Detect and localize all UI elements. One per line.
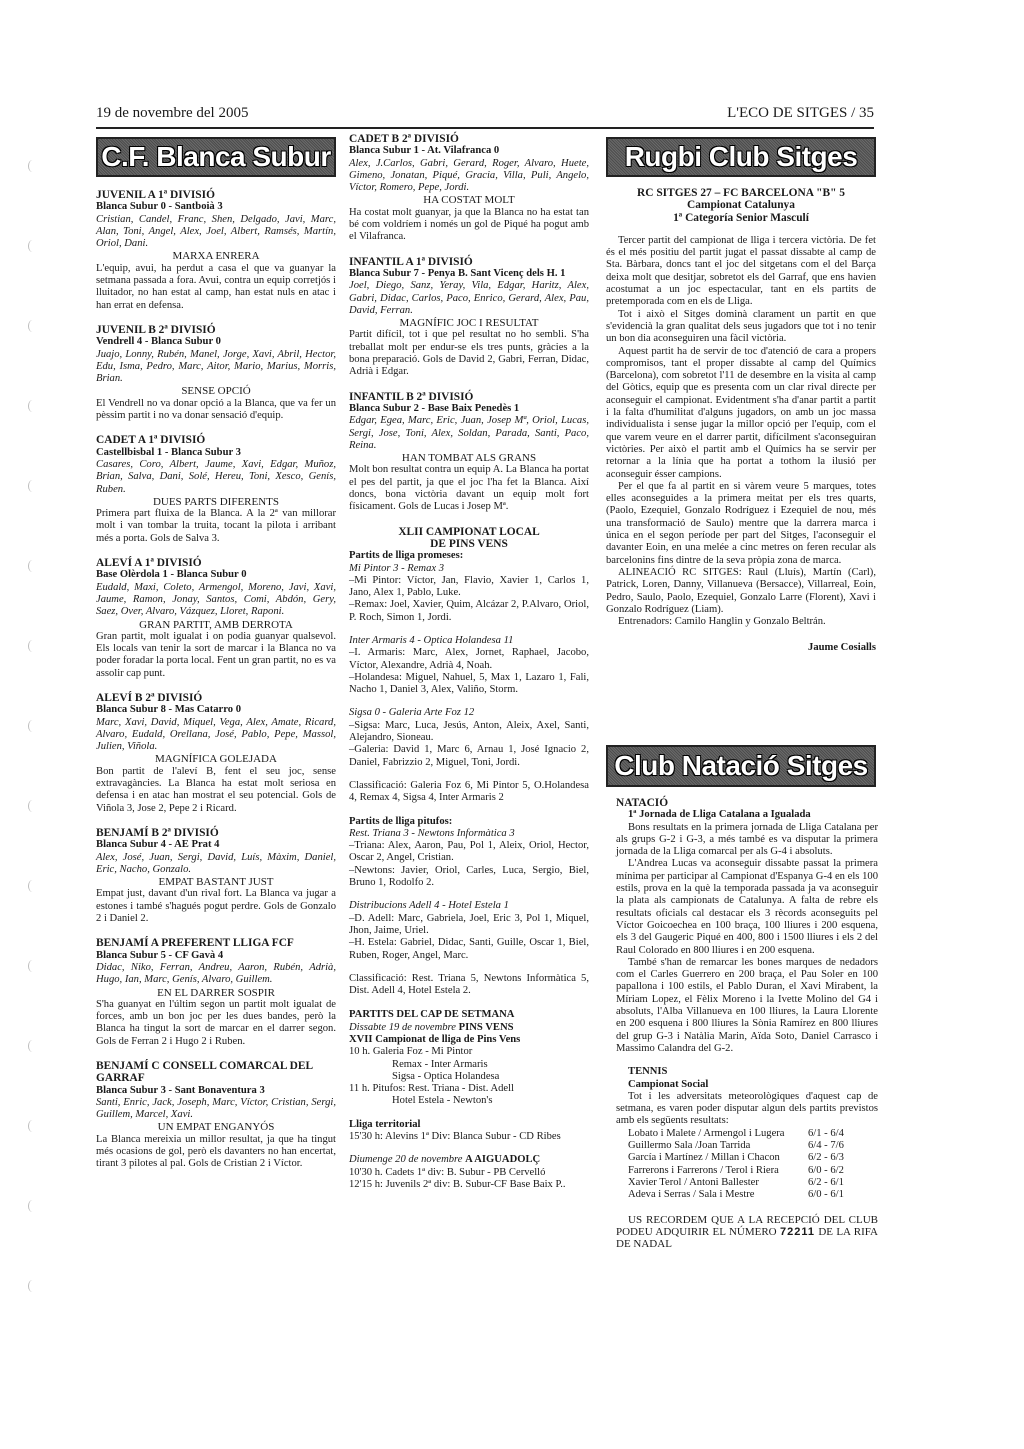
- report-body: L'equip, avui, ha perdut a casa el que v…: [96, 263, 336, 312]
- lineup-line: –Holandesa: Miguel, Nahuel, 5, Max 1, La…: [349, 672, 589, 697]
- sunday-place: A AIGUADOLÇ: [465, 1154, 540, 1165]
- natacio-subtitle: 1ª Jornada de Lliga Catalana a Igualada: [616, 809, 878, 821]
- schedule-line: 10 h. Galeria Foz - Mi Pintor: [349, 1046, 589, 1058]
- rugbi-paragraph: Tot i això el Sitges dominà clarament un…: [606, 309, 876, 346]
- rugbi-paragraph: Tercer partit del campionat de lliga i t…: [606, 235, 876, 309]
- player-list: Alex, J.Carlos, Gabri, Gerard, Roger, Al…: [349, 158, 589, 195]
- tennis-result-row: Lobato i Malete / Armengol i Lugera6/1 -…: [616, 1128, 878, 1140]
- player-list: Edgar, Egea, Marc, Eric, Juan, Josep Mª,…: [349, 415, 589, 452]
- natacio-paragraph: Bons resultats en la primera jornada de …: [616, 822, 878, 859]
- report-body: Ha costat molt guanyar, ja que la Blanca…: [349, 207, 589, 244]
- player-list: Juajo, Lonny, Rubén, Manel, Jorge, Xavi,…: [96, 349, 336, 386]
- promeses-label: Partits de lliga promeses:: [349, 550, 589, 562]
- schedule-line: Sigsa - Optica Holandesa: [349, 1071, 589, 1083]
- lineup-line: –Galeria: David 1, Marc 6, Arnau 1, José…: [349, 744, 589, 769]
- report-headline: MARXA ENRERA: [96, 250, 336, 262]
- natacio-paragraph: L'Andrea Lucas va aconseguir dissabte pa…: [616, 858, 878, 956]
- category-title: ALEVÍ A 1ª DIVISIÓ: [96, 557, 336, 569]
- category-title: JUVENIL B 2ª DIVISIÓ: [96, 324, 336, 336]
- raffle-notice: US RECORDEM QUE A LA RECEPCIÓ DEL CLUB P…: [616, 1214, 878, 1251]
- column-rugbi: Rugbi Club Sitges RC SITGES 27 – FC BARC…: [606, 137, 876, 655]
- category-title: JUVENIL A 1ª DIVISIÓ: [96, 189, 336, 201]
- match-line: Sigsa 0 - Galeria Arte Foz 12: [349, 707, 589, 719]
- match-report: JUVENIL A 1ª DIVISIÓ Blanca Subur 0 - Sa…: [96, 189, 336, 312]
- match-report: INFANTIL B 2ª DIVISIÓ Blanca Subur 2 - B…: [349, 391, 589, 514]
- category-title: ALEVÍ B 2ª DIVISIÓ: [96, 692, 336, 704]
- rugbi-match: RC SITGES 27 – FC BARCELONA "B" 5: [606, 187, 876, 199]
- player-list: Casares, Coro, Albert, Jaume, Xavi, Edga…: [96, 459, 336, 496]
- lineup-line: –Triana: Alex, Aaron, Pau, Pol 1, Aleix,…: [349, 840, 589, 865]
- schedule-line: 15'30 h: Alevins 1ª Div: Blanca Subur - …: [349, 1131, 589, 1143]
- match-report: CADET B 2ª DIVISIÓ Blanca Subur 1 - At. …: [349, 133, 589, 244]
- category-title: CADET B 2ª DIVISIÓ: [349, 133, 589, 145]
- report-headline: HA COSTAT MOLT: [349, 194, 589, 206]
- match-score: Blanca Subur 3 - Sant Bonaventura 3: [96, 1085, 336, 1097]
- standings-pitufos: Classificació: Rest. Triana 5, Newtons I…: [349, 973, 589, 998]
- rugbi-coaches: Entrenadors: Camilo Hanglin y Gonzalo Be…: [606, 616, 876, 628]
- match-score: Base Olèrdola 1 - Blanca Subur 0: [96, 569, 336, 581]
- pitufos-label: Partits de lliga pitufos:: [349, 816, 589, 828]
- category-title: CADET A 1ª DIVISIÓ: [96, 434, 336, 446]
- schedule-line: 11 h. Pitufos: Rest. Triana - Dist. Adel…: [349, 1083, 589, 1095]
- natacio-section: NATACIÓ 1ª Jornada de Lliga Catalana a I…: [616, 797, 878, 1250]
- pins-vens-section: XLII CAMPIONAT LOCAL DE PINS VENS Partit…: [349, 526, 589, 998]
- pins-vens-title-2: DE PINS VENS: [349, 538, 589, 550]
- player-list: Marc, Xavi, David, Miquel, Vega, Alex, A…: [96, 717, 336, 754]
- weekend-title: PARTITS DEL CAP DE SETMANA: [349, 1009, 589, 1021]
- match-score: Blanca Subur 5 - CF Gavà 4: [96, 950, 336, 962]
- banner-rugbi-club-sitges: Rugbi Club Sitges: [606, 137, 876, 177]
- column-blanca-subur-continued: CADET B 2ª DIVISIÓ Blanca Subur 1 - At. …: [349, 133, 589, 1203]
- schedule-line: Remax - Inter Armaris: [349, 1059, 589, 1071]
- raffle-number: 72211: [780, 1226, 815, 1238]
- rugbi-lineup: ALINEACIÓ RC SITGES: Raul (Lluís), Martí…: [606, 567, 876, 616]
- match-report: BENJAMÍ A PREFERENT LLIGA FCF Blanca Sub…: [96, 937, 336, 1048]
- match-score: Vendrell 4 - Blanca Subur 0: [96, 336, 336, 348]
- league-name: XVII Campionat de lliga de Pins Vens: [349, 1034, 589, 1046]
- match-report: BENJAMÍ C CONSELL COMARCAL DEL GARRAF Bl…: [96, 1060, 336, 1171]
- category-title: INFANTIL B 2ª DIVISIÓ: [349, 391, 589, 403]
- report-body: El Vendrell no va donar opció a la Blanc…: [96, 398, 336, 423]
- lineup-line: –Remax: Joel, Xavier, Quim, Alcázar 2, P…: [349, 599, 589, 624]
- report-headline: GRAN PARTIT, AMB DERROTA: [96, 619, 336, 631]
- publication-page: L'ECO DE SITGES / 35: [727, 105, 874, 122]
- category-title: INFANTIL A 1ª DIVISIÓ: [349, 256, 589, 268]
- report-body: S'ha guanyat en l'últim segon un partit …: [96, 999, 336, 1048]
- report-body: Molt bon resultat contra un equip A. La …: [349, 464, 589, 513]
- issue-date: 19 de novembre del 2005: [96, 105, 248, 122]
- match-score: Blanca Subur 7 - Penya B. Sant Vicenç de…: [349, 268, 589, 280]
- report-headline: EN EL DARRER SOSPIR: [96, 987, 336, 999]
- report-body: Primera part fluixa de la Blanca. A la 2…: [96, 508, 336, 545]
- match-score: Castellbisbal 1 - Blanca Subur 3: [96, 447, 336, 459]
- match-report: ALEVÍ A 1ª DIVISIÓ Base Olèrdola 1 - Bla…: [96, 557, 336, 680]
- report-body: La Blanca mereixia un millor resultat, j…: [96, 1134, 336, 1171]
- standings-promeses: Classificació: Galeria Foz 6, Mi Pintor …: [349, 780, 589, 805]
- player-list: Joel, Diego, Sanz, Yeray, Vila, Edgar, H…: [349, 280, 589, 317]
- saturday-place: PINS VENS: [459, 1022, 514, 1033]
- match-report: JUVENIL B 2ª DIVISIÓ Vendrell 4 - Blanca…: [96, 324, 336, 422]
- match-score: Blanca Subur 1 - At. Vilafranca 0: [349, 145, 589, 157]
- saturday-date: Dissabte 19 de novembre: [349, 1022, 456, 1033]
- lineup-line: –D. Adell: Marc, Gabriela, Joel, Eric 3,…: [349, 913, 589, 938]
- lineup-line: –Mi Pintor: Víctor, Jan, Flavio, Xavier …: [349, 575, 589, 600]
- category-title: BENJAMÍ C CONSELL COMARCAL DEL GARRAF: [96, 1060, 336, 1085]
- territorial-label: Lliga territorial: [349, 1119, 589, 1131]
- column-blanca-subur: C.F. Blanca Subur JUVENIL A 1ª DIVISIÓ B…: [96, 137, 336, 1183]
- report-body: Bon partit de l'aleví B, fent el seu joc…: [96, 766, 336, 815]
- report-headline: SENSE OPCIÓ: [96, 385, 336, 397]
- schedule-line: 12'15 h: Juvenils 2ª div: B. Subur-CF Ba…: [349, 1179, 589, 1191]
- tennis-result-row: Xavier Terol / Antoni Ballester6/2 - 6/1: [616, 1177, 878, 1189]
- match-line: Mi Pintor 3 - Remax 3: [349, 563, 589, 575]
- weekend-schedule: PARTITS DEL CAP DE SETMANA Dissabte 19 d…: [349, 1009, 589, 1191]
- rugbi-competition: Campionat Catalunya: [606, 199, 876, 211]
- schedule-line: 10'30 h. Cadets 1ª div: B. Subur - PB Ce…: [349, 1167, 589, 1179]
- match-score: Blanca Subur 2 - Base Baix Penedès 1: [349, 403, 589, 415]
- report-headline: UN EMPAT ENGANYÓS: [96, 1121, 336, 1133]
- sunday-date: Diumenge 20 de novembre: [349, 1154, 462, 1165]
- player-list: Didac, Niko, Ferran, Andreu, Aaron, Rubé…: [96, 962, 336, 987]
- page-header: 19 de novembre del 2005 L'ECO DE SITGES …: [96, 105, 874, 129]
- banner-club-natacio-sitges: Club Natació Sitges: [606, 745, 876, 787]
- tennis-result-row: Adeva i Serras / Sala i Mestre6/0 - 6/1: [616, 1189, 878, 1201]
- player-list: Cristian, Candel, Franc, Shen, Delgado, …: [96, 214, 336, 251]
- category-title: BENJAMÍ B 2ª DIVISIÓ: [96, 827, 336, 839]
- pins-vens-title-1: XLII CAMPIONAT LOCAL: [349, 526, 589, 538]
- lineup-line: –I. Armaris: Marc, Alex, Jornet, Raphael…: [349, 647, 589, 672]
- rugbi-paragraph: Aquest partit ha de servir de toc d'aten…: [606, 346, 876, 481]
- match-line: Distribucions Adell 4 - Hotel Estela 1: [349, 900, 589, 912]
- banner-blanca-subur: C.F. Blanca Subur: [96, 137, 336, 177]
- player-list: Eudald, Maxi, Coleto, Armengol, Moreno, …: [96, 582, 336, 619]
- category-title: BENJAMÍ A PREFERENT LLIGA FCF: [96, 937, 336, 949]
- match-score: Blanca Subur 4 - AE Prat 4: [96, 839, 336, 851]
- report-body: Gran partit, molt igualat i on podia gua…: [96, 631, 336, 680]
- match-line: Rest. Triana 3 - Newtons Informàtica 3: [349, 828, 589, 840]
- tennis-results: Lobato i Malete / Armengol i Lugera6/1 -…: [616, 1128, 878, 1202]
- tennis-result-row: García i Martínez / Millan i Chacon6/2 -…: [616, 1152, 878, 1164]
- match-report: CADET A 1ª DIVISIÓ Castellbisbal 1 - Bla…: [96, 434, 336, 545]
- match-score: Blanca Subur 8 - Mas Catarro 0: [96, 704, 336, 716]
- author-signature: Jaume Cosialls: [606, 642, 876, 654]
- rugbi-paragraph: Per el que fa al partit en si vàrem veur…: [606, 481, 876, 567]
- lineup-line: –H. Estela: Gabriel, Didac, Santi, Guill…: [349, 937, 589, 962]
- scan-margin-marks: [0, 0, 40, 1449]
- match-report: BENJAMÍ B 2ª DIVISIÓ Blanca Subur 4 - AE…: [96, 827, 336, 925]
- report-headline: EMPAT BASTANT JUST: [96, 876, 336, 888]
- report-headline: DUES PARTS DIFERENTS: [96, 496, 336, 508]
- report-body: Partit difícil, tot i que pel resultat n…: [349, 329, 589, 378]
- tennis-result-row: Farrerons i Farrerons / Terol i Riera6/0…: [616, 1165, 878, 1177]
- lineup-line: –Sigsa: Marc, Luca, Jesús, Anton, Aleix,…: [349, 720, 589, 745]
- tennis-result-row: Guillermo Sala /Joan Tarrida6/4 - 7/6: [616, 1140, 878, 1152]
- match-report: ALEVÍ B 2ª DIVISIÓ Blanca Subur 8 - Mas …: [96, 692, 336, 815]
- report-headline: MAGNÍFIC JOC I RESULTAT: [349, 317, 589, 329]
- match-score: Blanca Subur 0 - Santboià 3: [96, 201, 336, 213]
- rugbi-category: 1ª Categoría Senior Masculí: [606, 212, 876, 224]
- player-list: Santi, Enric, Jack, Joseph, Marc, Víctor…: [96, 1097, 336, 1122]
- player-list: Alex, José, Juan, Sergi, David, Luís, Mà…: [96, 852, 336, 877]
- lineup-line: –Newtons: Javier, Oriol, Carles, Luca, S…: [349, 865, 589, 890]
- natacio-heading: NATACIÓ: [616, 797, 878, 809]
- match-line: Inter Armaris 4 - Optica Holandesa 11: [349, 635, 589, 647]
- tennis-subtitle: Campionat Social: [616, 1079, 878, 1091]
- schedule-line: Hotel Estela - Newton's: [349, 1095, 589, 1107]
- tennis-heading: TENNIS: [616, 1066, 878, 1078]
- report-headline: MAGNÍFICA GOLEJADA: [96, 753, 336, 765]
- match-report: INFANTIL A 1ª DIVISIÓ Blanca Subur 7 - P…: [349, 256, 589, 379]
- report-headline: HAN TOMBAT ALS GRANS: [349, 452, 589, 464]
- natacio-paragraph: També s'han de remarcar les bones marque…: [616, 957, 878, 1055]
- tennis-intro: Tot i les adversitats meteorològiques d'…: [616, 1091, 878, 1128]
- report-body: Empat just, davant d'un rival fort. La B…: [96, 888, 336, 925]
